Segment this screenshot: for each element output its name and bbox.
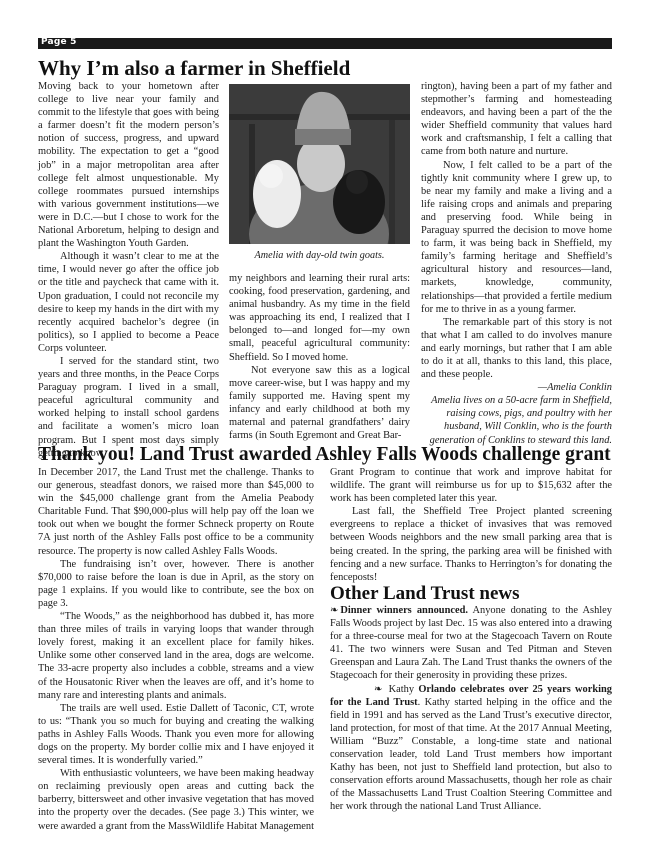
page-number: Page 5 (41, 37, 77, 47)
leaf-bullet-icon: ❧ (352, 683, 382, 696)
article-title-farmer: Why I’m also a farmer in Sheffield (38, 58, 350, 79)
paragraph: “The Woods,” as the neighborhood has dub… (38, 610, 314, 702)
article-title-challenge-grant: Thank you! Land Trust awarded Ashley Fal… (38, 445, 611, 465)
article1-column-2: my neighbors and learning their rural ar… (229, 272, 410, 442)
paragraph: rington), having been a part of my fathe… (421, 80, 612, 159)
paragraph: Moving back to your hometown after colle… (38, 80, 219, 250)
photo-illustration (229, 84, 410, 244)
paragraph: Grant Program to continue that work and … (330, 466, 612, 505)
page-header-bar: Page 5 (38, 38, 612, 49)
article2-column-1: In December 2017, the Land Trust met the… (38, 466, 314, 833)
news-item-dinner-winners: ❧Dinner winners announced. Anyone donati… (330, 604, 612, 683)
article3-news-column: ❧Dinner winners announced. Anyone donati… (330, 604, 612, 814)
news-item-kathy-orlando: ❧ Kathy Orlando celebrates over 25 years… (330, 683, 612, 814)
author-bio: Amelia lives on a 50-acre farm in Sheffi… (421, 394, 612, 446)
paragraph: Not everyone saw this as a logical move … (229, 364, 410, 443)
paragraph: Now, I felt called to be a part of the t… (421, 159, 612, 316)
leaf-bullet-icon: ❧ (330, 604, 338, 617)
paragraph: my neighbors and learning their rural ar… (229, 272, 410, 364)
paragraph: The fundraising isn’t over, however. The… (38, 558, 314, 610)
news-item-lead: Dinner winners announced. (340, 605, 468, 616)
news-item-body: . Kathy started helping in the office an… (330, 697, 612, 813)
paragraph: Last fall, the Sheffield Tree Project pl… (330, 505, 612, 584)
news-item-pre: Kathy (384, 684, 418, 695)
photo-amelia-with-goats (229, 84, 410, 244)
article-title-other-news: Other Land Trust news (330, 584, 520, 603)
photo-caption: Amelia with day-old twin goats. (229, 250, 410, 261)
paragraph: With enthusiastic volunteers, we have be… (38, 767, 314, 832)
article2-column-2: Grant Program to continue that work and … (330, 466, 612, 584)
paragraph: In December 2017, the Land Trust met the… (38, 466, 314, 558)
news-item-body: Anyone donating to the Ashley Falls Wood… (330, 605, 612, 681)
article1-column-3: rington), having been a part of my fathe… (421, 80, 612, 447)
author-signature: —Amelia Conklin (421, 381, 612, 394)
article1-column-1: Moving back to your hometown after colle… (38, 80, 219, 460)
paragraph: Although it wasn’t clear to me at the ti… (38, 250, 219, 355)
paragraph: The remarkable part of this story is not… (421, 316, 612, 381)
paragraph: The trails are well used. Estie Dallett … (38, 702, 314, 767)
